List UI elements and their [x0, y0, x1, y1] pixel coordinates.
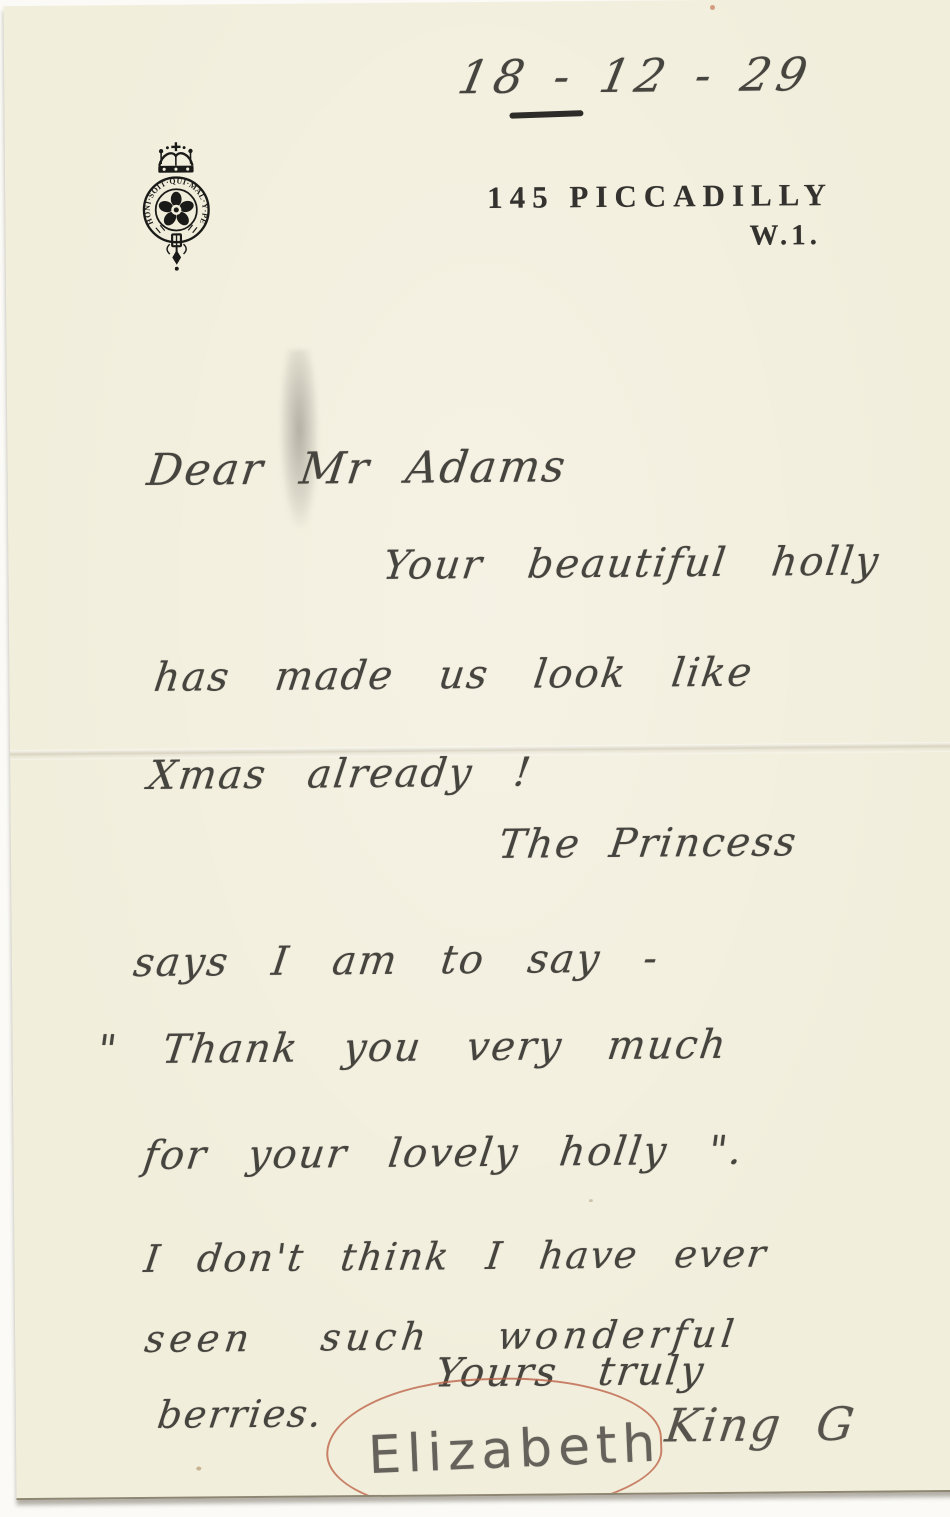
crown-icon: [158, 142, 194, 173]
paper-speck: [710, 5, 715, 10]
body-line: berries.: [155, 1391, 326, 1436]
signature-pencil: Elizabeth: [367, 1413, 663, 1486]
body-line: " Thank you very much: [95, 1022, 731, 1074]
salutation-line: Dear Mr Adams: [144, 441, 570, 496]
signature-ink-annotation: King G: [662, 1397, 859, 1453]
letter-scan: HONI·SOIT·QUI·MAL·Y·PENSE: [0, 0, 950, 1517]
paper-speck: [589, 1199, 593, 1202]
body-line: I don't think I have ever: [142, 1232, 771, 1281]
crest-pendant: [167, 244, 186, 271]
royal-garter-crest-icon: HONI·SOIT·QUI·MAL·Y·PENSE: [126, 116, 225, 274]
body-line: Your beautiful holly: [380, 539, 883, 589]
paper-speck: [196, 1467, 201, 1471]
body-line: says I am to say -: [131, 935, 662, 986]
body-line: Xmas already !: [145, 750, 535, 799]
letter-paper: HONI·SOIT·QUI·MAL·Y·PENSE: [3, 0, 950, 1500]
body-line: has made us look like: [151, 650, 756, 701]
ink-smudge: [280, 349, 320, 527]
body-line: The Princess: [496, 819, 801, 868]
letterhead-address: 145 PICCADILLY: [487, 177, 833, 216]
body-line: for your lovely holly ".: [141, 1128, 747, 1179]
date-underline: [509, 110, 583, 119]
handwritten-date: 18 - 12 - 29: [454, 47, 818, 104]
letterhead-district: W.1.: [749, 219, 821, 253]
